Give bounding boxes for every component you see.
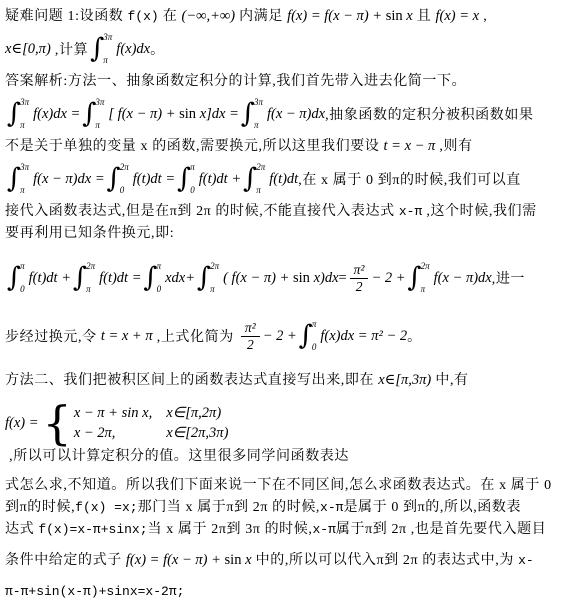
document-line-11: 方法二、我们把被积区间上的函数表达式直接写出来,即在 x∈[π,3π) 中,有 xyxy=(5,370,566,391)
math-run: f(x) = f(x − π) + xyxy=(126,550,225,571)
text-run: 是属于 0 到π的,所以,函数表 xyxy=(343,497,521,518)
text-run: 接代入函数表达式,但是在π到 2π 的时候,不能直接代入表达式 xyxy=(5,201,399,222)
case-cell: x − π + sin x, xyxy=(74,405,152,422)
integral-limits: 2ππ xyxy=(421,260,430,296)
piecewise-cases: {x − π + sin x,x∈[π,2π)x − 2π,x∈[2π,3π) xyxy=(43,401,229,445)
text-run: ,这个时候,我们需 xyxy=(422,201,537,222)
text-run: 。 xyxy=(150,39,165,59)
integral-sign-icon: ∫ xyxy=(107,163,121,195)
integral-upper-limit: π xyxy=(312,320,317,329)
math-run: f(x)dx xyxy=(116,41,150,58)
integral-upper-limit: 2π xyxy=(86,262,95,271)
math-run: f(t)dt xyxy=(269,171,298,188)
text-run: 步经过换元,令 xyxy=(5,326,101,346)
integral-sign-icon: ∫ xyxy=(73,262,87,294)
integral: ∫π0 xyxy=(7,260,28,296)
integral-lower-limit: π xyxy=(256,186,265,195)
math-run: t = x − π xyxy=(384,136,436,157)
math-run: f(x)dx = π² − 2 xyxy=(320,328,407,345)
integral-upper-limit: π xyxy=(190,163,195,172)
math-run: f(x − π)dx xyxy=(267,106,325,123)
fraction: π²2 xyxy=(350,262,369,295)
case-cell: x∈[π,2π) xyxy=(166,405,228,422)
integral-sign-icon: ∫ xyxy=(7,98,21,130)
integral-limits: π0 xyxy=(157,260,162,296)
document-line-8: 要再利用已知条件换元,即: xyxy=(5,223,566,244)
integral: ∫π0 xyxy=(177,161,198,197)
math-run: sin xyxy=(179,106,200,123)
integral: ∫π0 xyxy=(144,260,165,296)
integral-lower-limit: π xyxy=(20,121,29,130)
code-run: x-π xyxy=(399,201,422,222)
integral-sign-icon: ∫ xyxy=(299,320,313,352)
integral-lower-limit: π xyxy=(103,56,112,65)
integral-sign-icon: ∫ xyxy=(7,262,21,294)
math-run: f(t)dt + xyxy=(29,270,71,287)
integral-limits: 2ππ xyxy=(210,260,219,296)
text-run: 方法二、我们把被积区间上的函数表达式直接写出来,即在 xyxy=(5,370,378,391)
integral: ∫3ππ xyxy=(90,31,115,67)
code-run: x- xyxy=(518,550,534,571)
integral-upper-limit: 2π xyxy=(210,262,219,271)
integral-lower-limit: π xyxy=(20,186,29,195)
code-run: f(x) =x; xyxy=(75,497,137,518)
integral-lower-limit: π xyxy=(95,121,104,130)
document-line-15: 达式 f(x)=x-π+sinx;当 x 属于 2π到 3π 的时候,x-π属于… xyxy=(5,519,566,540)
math-run: f(x)dx = xyxy=(33,106,80,123)
document-line-2: x∈[0,π) ,计算∫3ππf(x)dx。 xyxy=(5,31,566,67)
fraction-numerator: π² xyxy=(352,262,367,278)
math-run: x∈[π,3π) xyxy=(378,370,431,391)
math-run: (−∞,+∞) xyxy=(182,6,236,27)
code-run: π-π+sin(x-π)+sinx=x-2π; xyxy=(5,581,184,598)
math-run: f(x) = f(x − π) + xyxy=(287,6,386,27)
fraction-numerator: π² xyxy=(243,320,258,336)
integral-limits: π0 xyxy=(20,260,25,296)
math-run: x∈[0,π) xyxy=(5,41,51,58)
integral-limits: 3ππ xyxy=(103,31,112,67)
integral-upper-limit: 3π xyxy=(20,163,29,172)
math-run: sin xyxy=(386,6,407,27)
fraction: π²2 xyxy=(241,320,260,353)
math-run: f(t)dt = xyxy=(133,171,175,188)
math-run: f(x) = xyxy=(5,415,39,432)
integral-upper-limit: 2π xyxy=(120,163,129,172)
integral-sign-icon: ∫ xyxy=(197,262,211,294)
case-cell: x∈[2π,3π) xyxy=(166,425,228,442)
math-run: f(x − π)dx xyxy=(434,270,492,287)
math-run: sin xyxy=(225,550,246,571)
integral-upper-limit: 2π xyxy=(256,163,265,172)
code-run: f(x) xyxy=(128,6,159,27)
integral: ∫3ππ xyxy=(241,96,266,132)
text-run: 答案解析:方法一、抽象函数定积分的计算,我们首先带入进去化简一下。 xyxy=(5,71,466,92)
document-line-10: 步经过换元,令 t = x + π ,上式化简为 π²2− 2 +∫π0f(x)… xyxy=(5,312,566,360)
integral-limits: π0 xyxy=(312,318,317,354)
text-run: 当 x 属于 2π到 3π 的时候, xyxy=(148,519,313,540)
integral: ∫3ππ xyxy=(7,161,32,197)
text-run: 中,有 xyxy=(431,370,468,391)
text-run: 。 xyxy=(407,326,422,346)
cases-rows: x − π + sin x,x∈[π,2π)x − 2π,x∈[2π,3π) xyxy=(74,405,229,442)
text-run: ,进一 xyxy=(492,268,525,288)
integral-limits: 3ππ xyxy=(20,96,29,132)
integral: ∫π0 xyxy=(299,318,320,354)
document-line-14: 到π的时候,f(x) =x;那门当 x 属于π到 2π 的时候,x-π是属于 0… xyxy=(5,497,566,518)
text-run: 不是关于单独的变量 x 的函数,需要换元,所以这里我们要设 xyxy=(5,136,384,157)
integral-lower-limit: 0 xyxy=(190,186,195,195)
integral: ∫2ππ xyxy=(243,161,268,197)
integral-sign-icon: ∫ xyxy=(408,262,422,294)
document-body: 疑难问题 1:设函数 f(x) 在 (−∞,+∞) 内满足 f(x) = f(x… xyxy=(0,0,569,598)
integral-sign-icon: ∫ xyxy=(243,163,257,195)
integral-limits: 3ππ xyxy=(20,161,29,197)
text-run: 中的,所以可以代入π到 2π 的表达式中,为 xyxy=(252,550,519,571)
integral-lower-limit: 0 xyxy=(120,186,129,195)
integral: ∫2ππ xyxy=(197,260,222,296)
document-line-1: 疑难问题 1:设函数 f(x) 在 (−∞,+∞) 内满足 f(x) = f(x… xyxy=(5,6,566,27)
text-run: 式怎么求,不知道。所以我们下面来说一下在不同区间,怎么求函数表达式。在 x 属于… xyxy=(5,475,552,496)
document-line-3: 答案解析:方法一、抽象函数定积分的计算,我们首先带入进去化简一下。 xyxy=(5,71,566,92)
document-line-6: ∫3ππf(x − π)dx =∫2π0f(t)dt =∫π0f(t)dt +∫… xyxy=(5,161,566,197)
document-line-17: π-π+sin(x-π)+sinx=x-2π; xyxy=(5,581,566,598)
math-run: x]dx = xyxy=(200,106,239,123)
fraction-denominator: 2 xyxy=(350,278,369,295)
integral: ∫2ππ xyxy=(73,260,98,296)
math-run: sin xyxy=(293,270,314,287)
math-run: = xyxy=(339,270,347,287)
document-line-4: ∫3ππf(x)dx =∫3ππ[ f(x − π) + sin x]dx =∫… xyxy=(5,96,566,132)
integral-lower-limit: 0 xyxy=(157,285,162,294)
document-line-5: 不是关于单独的变量 x 的函数,需要换元,所以这里我们要设 t = x − π … xyxy=(5,136,566,157)
math-run: f(x − π)dx = xyxy=(33,171,105,188)
integral-limits: 3ππ xyxy=(95,96,104,132)
integral-sign-icon: ∫ xyxy=(177,163,191,195)
text-run: ,在 x 属于 0 到π的时候,我们可以直 xyxy=(298,169,521,189)
text-run: 要再利用已知条件换元,即: xyxy=(5,223,174,244)
integral-upper-limit: 3π xyxy=(95,98,104,107)
math-run: ( f(x − π) + xyxy=(223,270,293,287)
code-run: f(x)=x-π+sinx; xyxy=(38,519,147,540)
math-run: − 2 + xyxy=(263,328,297,345)
fraction-denominator: 2 xyxy=(241,336,260,353)
integral-lower-limit: π xyxy=(86,285,95,294)
text-run: ,则有 xyxy=(435,136,472,157)
integral-lower-limit: π xyxy=(210,285,219,294)
integral-upper-limit: 2π xyxy=(421,262,430,271)
integral: ∫2ππ xyxy=(408,260,433,296)
integral-limits: 2π0 xyxy=(120,161,129,197)
integral-sign-icon: ∫ xyxy=(241,98,255,130)
integral-limits: π0 xyxy=(190,161,195,197)
integral-sign-icon: ∫ xyxy=(7,163,21,195)
integral-limits: 2ππ xyxy=(86,260,95,296)
document-line-12: f(x) ={x − π + sin x,x∈[π,2π)x − 2π,x∈[2… xyxy=(5,401,566,465)
integral-sign-icon: ∫ xyxy=(144,262,158,294)
integral: ∫3ππ xyxy=(82,96,107,132)
document-line-9: ∫π0f(t)dt +∫2ππf(t)dt =∫π0xdx+∫2ππ( f(x … xyxy=(5,254,566,302)
document-line-16: 条件中给定的式子 f(x) = f(x − π) + sin x 中的,所以可以… xyxy=(5,550,566,571)
text-run: 且 xyxy=(413,6,436,27)
code-run: x-π xyxy=(312,519,335,540)
math-run: xdx+ xyxy=(165,270,195,287)
integral-lower-limit: π xyxy=(421,285,430,294)
integral-upper-limit: 3π xyxy=(20,98,29,107)
text-run: ,上式化简为 xyxy=(153,326,238,346)
text-run: 在 xyxy=(159,6,182,27)
integral-upper-limit: π xyxy=(20,262,25,271)
text-run: 那门当 x 属于π到 2π 的时候, xyxy=(138,497,320,518)
text-run: ,抽象函数的定积分被积函数如果 xyxy=(325,104,534,124)
code-run: x-π xyxy=(320,497,343,518)
math-run: t = x + π xyxy=(101,328,153,345)
integral: ∫3ππ xyxy=(7,96,32,132)
text-run: ,计算 xyxy=(51,39,88,59)
math-run: f(t)dt = xyxy=(99,270,141,287)
text-run: 达式 xyxy=(5,519,38,540)
integral-limits: 3ππ xyxy=(254,96,263,132)
integral: ∫2π0 xyxy=(107,161,132,197)
text-run: 属于π到 2π ,也是首先要代入题目 xyxy=(336,519,546,540)
text-run: 条件中给定的式子 xyxy=(5,550,126,571)
case-cell: x − 2π, xyxy=(74,425,152,442)
integral-upper-limit: 3π xyxy=(103,33,112,42)
integral-upper-limit: π xyxy=(157,262,162,271)
document-line-13: 式怎么求,不知道。所以我们下面来说一下在不同区间,怎么求函数表达式。在 x 属于… xyxy=(5,475,566,496)
integral-lower-limit: π xyxy=(254,121,263,130)
text-run: ,所以可以计算定积分的值。这里很多同学问函数表达 xyxy=(5,445,349,465)
text-run: 疑难问题 1:设函数 xyxy=(5,6,128,27)
text-run: 到π的时候, xyxy=(5,497,75,518)
left-brace-icon: { xyxy=(43,401,72,445)
math-run: f(x) = x xyxy=(436,6,480,27)
integral-limits: 2ππ xyxy=(256,161,265,197)
math-run: − 2 + xyxy=(371,270,405,287)
document-line-7: 接代入函数表达式,但是在π到 2π 的时候,不能直接代入表达式 x-π ,这个时… xyxy=(5,201,566,222)
text-run: 内满足 xyxy=(235,6,287,27)
integral-lower-limit: 0 xyxy=(20,285,25,294)
math-run: f(t)dt + xyxy=(199,171,241,188)
integral-lower-limit: 0 xyxy=(312,343,317,352)
math-run: x)dx xyxy=(314,270,339,287)
integral-upper-limit: 3π xyxy=(254,98,263,107)
text-run: , xyxy=(479,6,487,27)
math-run: [ f(x − π) + xyxy=(108,106,179,123)
